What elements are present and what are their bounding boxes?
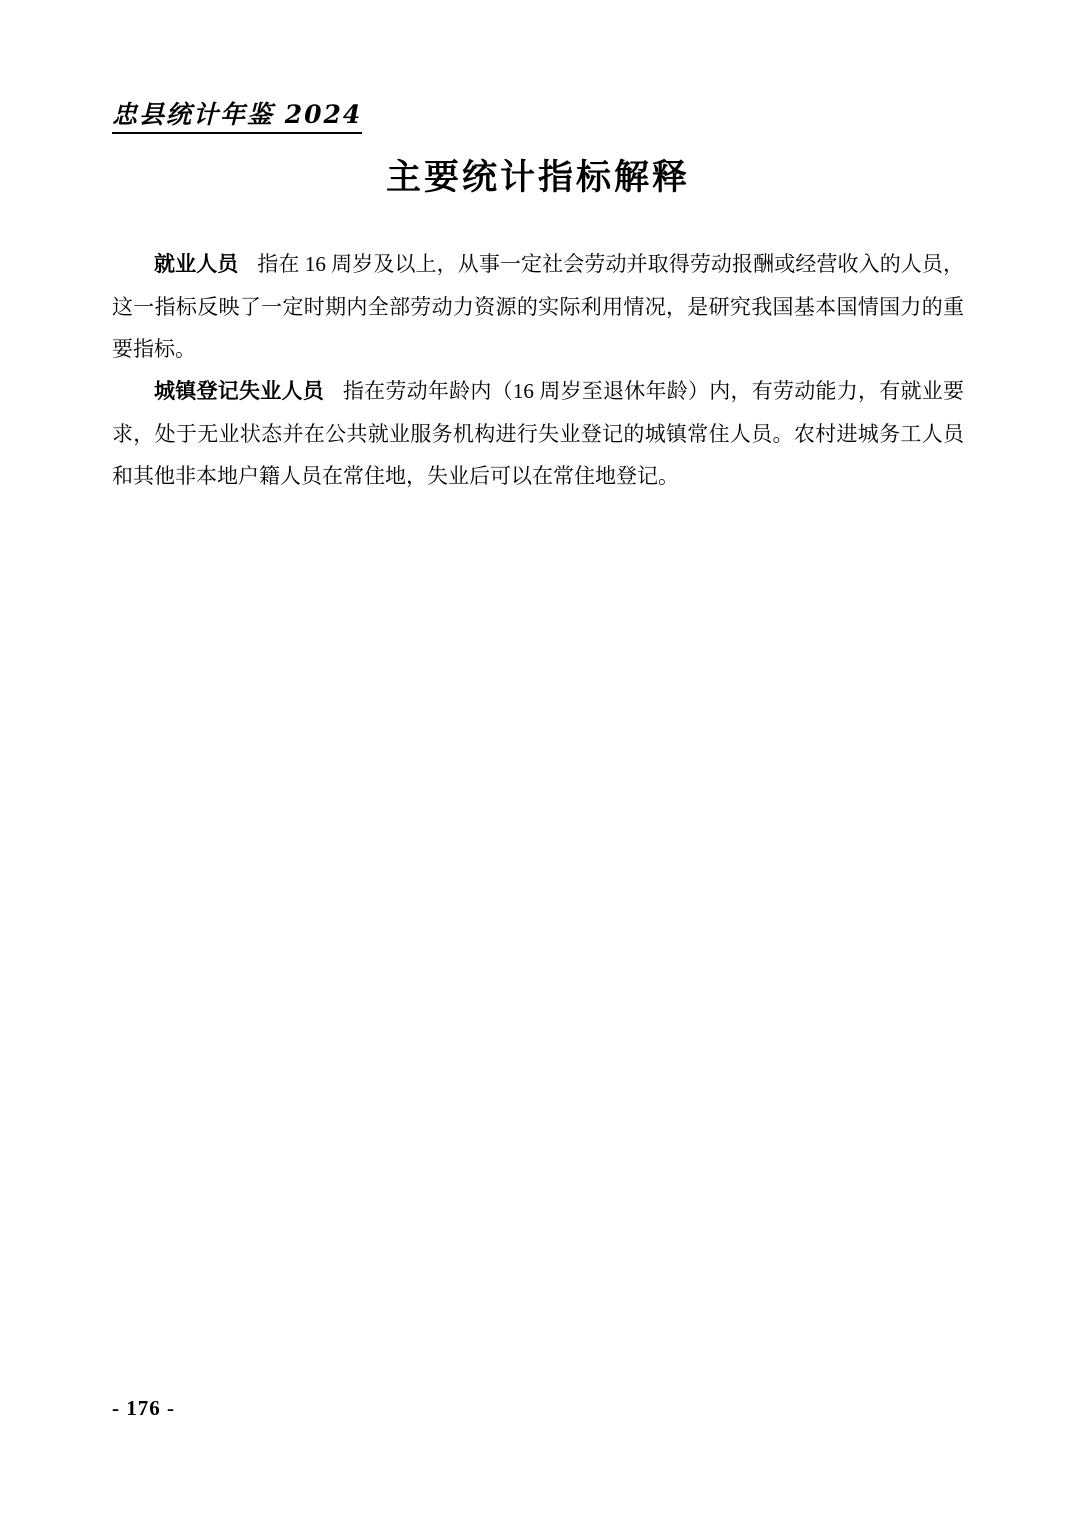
definition-paragraph-registered-unemployed: 城镇登记失业人员指在劳动年龄内（16 周岁至退休年龄）内，有劳动能力，有就业要求… [112,370,964,497]
definition-employed-persons: 指在 16 周岁及以上，从事一定社会劳动并取得劳动报酬或经营收入的人员，这一指标… [112,252,964,361]
page-footer: - 176 - [112,1396,175,1421]
document-body: 就业人员指在 16 周岁及以上，从事一定社会劳动并取得劳动报酬或经营收入的人员，… [112,243,964,497]
definition-paragraph-employed-persons: 就业人员指在 16 周岁及以上，从事一定社会劳动并取得劳动报酬或经营收入的人员，… [112,243,964,370]
book-title: 忠县统计年鉴 2024 [112,101,362,134]
running-header: 忠县统计年鉴 2024 [112,101,362,134]
term-registered-unemployed: 城镇登记失业人员 [154,380,324,403]
page-number: - 176 - [112,1396,175,1420]
page-title: 主要统计指标解释 [112,158,964,198]
document-page: 忠县统计年鉴 2024 主要统计指标解释 就业人员指在 16 周岁及以上，从事一… [0,0,1074,1520]
term-employed-persons: 就业人员 [154,253,238,276]
